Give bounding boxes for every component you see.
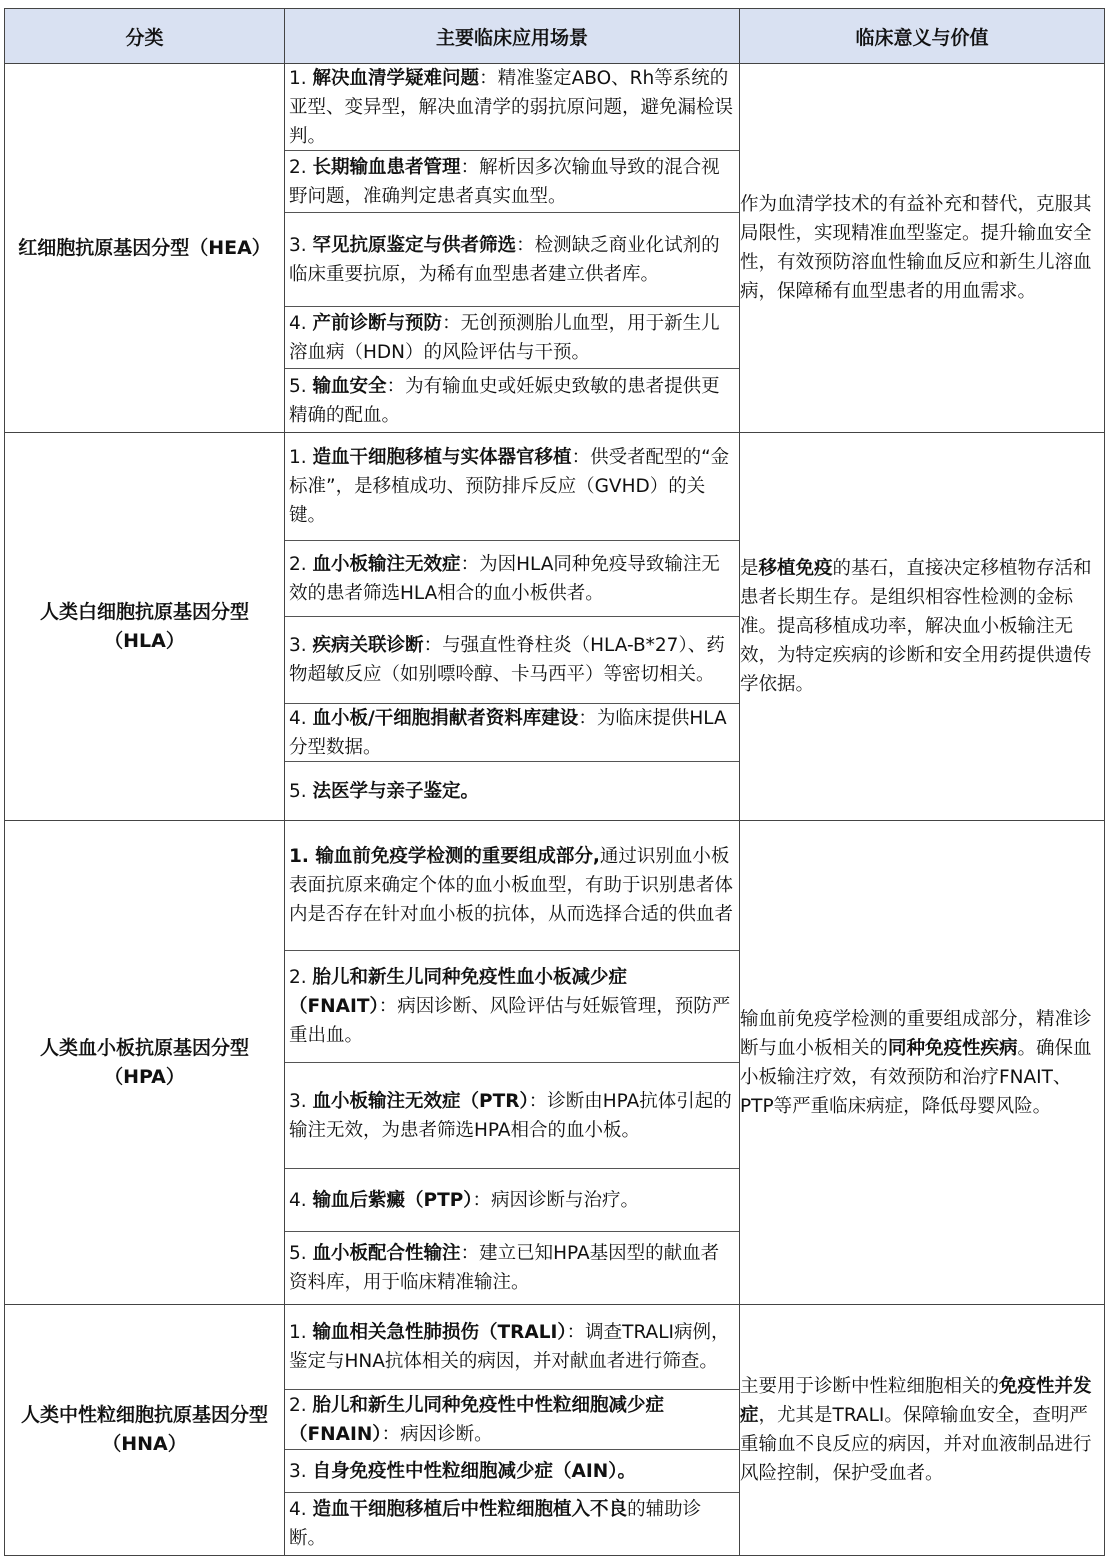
significance-text: ，尤其是TRALI。保障输血安全，查明严重输血不良反应的病因，并对血液制品进行风… — [740, 1405, 1092, 1484]
category-name: 人类中性粒细胞抗原基因分型 — [5, 1401, 284, 1430]
significance-cell: 主要用于诊断中性粒细胞相关的免疫性并发症，尤其是TRALI。保障输血安全，查明严… — [740, 1305, 1105, 1556]
significance-cell: 输血前免疫学检测的重要组成部分，精准诊断与血小板相关的同种免疫性疾病。确保血小板… — [740, 821, 1105, 1305]
applications-cell: 1. 造血干细胞移植与实体器官移植：供受者配型的“金标准”，是移植成功、预防排斥… — [285, 433, 740, 821]
item-title: 疾病关联诊断 — [313, 635, 424, 656]
significance-cell: 作为血清学技术的有益补充和替代，克服其局限性，实现精准血型鉴定。提升输血安全性，… — [740, 64, 1105, 433]
header-category: 分类 — [5, 9, 285, 64]
item-title: 法医学与亲子鉴定。 — [313, 781, 480, 802]
category-cell: 人类中性粒细胞抗原基因分型 （HNA） — [5, 1305, 285, 1556]
item-title: 长期输血患者管理 — [313, 157, 461, 178]
application-item: 4. 血小板/干细胞捐献者资料库建设：为临床提供HLA分型数据。 — [285, 704, 739, 762]
significance-emphasis: 移植免疫 — [759, 558, 833, 579]
application-item: 3. 罕见抗原鉴定与供者筛选：检测缺乏商业化试剂的临床重要抗原，为稀有血型患者建… — [285, 213, 739, 307]
item-number: 5. — [289, 1243, 313, 1264]
table-row: 人类血小板抗原基因分型 （HPA） 1. 输血前免疫学检测的重要组成部分,通过识… — [5, 821, 1105, 1305]
application-item: 1. 解决血清学疑难问题：精准鉴定ABO、Rh等系统的亚型、变异型，解决血清学的… — [285, 64, 739, 151]
item-number: 3. — [289, 635, 313, 656]
genotyping-table: 分类 主要临床应用场景 临床意义与价值 红细胞抗原基因分型（HEA） 1. 解决… — [4, 8, 1105, 1556]
application-item: 3. 血小板输注无效症（PTR）：诊断由HPA抗体引起的输注无效，为患者筛选HP… — [285, 1063, 739, 1169]
header-significance: 临床意义与价值 — [740, 9, 1105, 64]
item-title: 血小板输注无效症（PTR） — [313, 1091, 529, 1112]
header-applications: 主要临床应用场景 — [285, 9, 740, 64]
category-abbr: （HPA） — [5, 1063, 284, 1092]
item-title: 输血前免疫学检测的重要组成部分, — [315, 846, 600, 867]
significance-text: 是 — [740, 558, 759, 579]
item-number: 3. — [289, 235, 313, 256]
application-item: 2. 胎儿和新生儿同种免疫性中性粒细胞减少症（FNAIN）：病因诊断。 — [285, 1390, 739, 1450]
category-abbr: （HLA） — [5, 627, 284, 656]
application-item: 5. 法医学与亲子鉴定。 — [285, 762, 739, 820]
applications-cell: 1. 输血相关急性肺损伤（TRALI）：调查TRALI病例，鉴定与HNA抗体相关… — [285, 1305, 740, 1556]
application-item: 1. 造血干细胞移植与实体器官移植：供受者配型的“金标准”，是移植成功、预防排斥… — [285, 433, 739, 541]
item-number: 1. — [289, 1322, 313, 1343]
item-number: 2. — [289, 157, 313, 178]
item-title: 输血后紫癜（PTP） — [313, 1190, 473, 1211]
application-item: 2. 胎儿和新生儿同种免疫性血小板减少症（FNAIT）：病因诊断、风险评估与妊娠… — [285, 951, 739, 1063]
significance-cell: 是移植免疫的基石，直接决定移植物存活和患者长期生存。是组织相容性检测的金标准。提… — [740, 433, 1105, 821]
item-description: ：病因诊断。 — [382, 1424, 493, 1445]
application-item: 5. 血小板配合性输注：建立已知HPA基因型的献血者资料库，用于临床精准输注。 — [285, 1232, 739, 1304]
item-number: 2. — [289, 1395, 313, 1416]
category-cell: 红细胞抗原基因分型（HEA） — [5, 64, 285, 433]
table-row: 人类白细胞抗原基因分型 （HLA） 1. 造血干细胞移植与实体器官移植：供受者配… — [5, 433, 1105, 821]
table-row: 人类中性粒细胞抗原基因分型 （HNA） 1. 输血相关急性肺损伤（TRALI）：… — [5, 1305, 1105, 1556]
item-number: 1. — [289, 68, 313, 89]
application-item: 1. 输血前免疫学检测的重要组成部分,通过识别血小板表面抗原来确定个体的血小板血… — [285, 821, 739, 951]
item-number: 4. — [289, 1190, 313, 1211]
table-row: 红细胞抗原基因分型（HEA） 1. 解决血清学疑难问题：精准鉴定ABO、Rh等系… — [5, 64, 1105, 433]
category-name: 人类血小板抗原基因分型 — [5, 1034, 284, 1063]
applications-cell: 1. 解决血清学疑难问题：精准鉴定ABO、Rh等系统的亚型、变异型，解决血清学的… — [285, 64, 740, 433]
item-number: 3. — [289, 1091, 313, 1112]
item-title: 血小板输注无效症 — [313, 554, 461, 575]
application-item: 3. 自身免疫性中性粒细胞减少症（AIN）。 — [285, 1450, 739, 1493]
application-item: 1. 输血相关急性肺损伤（TRALI）：调查TRALI病例，鉴定与HNA抗体相关… — [285, 1305, 739, 1390]
item-number: 1. — [289, 447, 313, 468]
application-item: 4. 造血干细胞移植后中性粒细胞植入不良的辅助诊断。 — [285, 1493, 739, 1555]
item-title: 造血干细胞移植与实体器官移植 — [313, 447, 572, 468]
item-title: 血小板配合性输注 — [313, 1243, 461, 1264]
application-item: 2. 长期输血患者管理：解析因多次输血导致的混合视野问题，准确判定患者真实血型。 — [285, 151, 739, 213]
application-item: 5. 输血安全：为有输血史或妊娠史致敏的患者提供更精确的配血。 — [285, 369, 739, 432]
item-title: 血小板/干细胞捐献者资料库建设 — [313, 708, 579, 729]
application-item: 4. 输血后紫癜（PTP）：病因诊断与治疗。 — [285, 1169, 739, 1232]
item-number: 5. — [289, 376, 313, 397]
application-item: 4. 产前诊断与预防：无创预测胎儿血型，用于新生儿溶血病（HDN）的风险评估与干… — [285, 307, 739, 369]
significance-text: 作为血清学技术的有益补充和替代，克服其局限性，实现精准血型鉴定。提升输血安全性，… — [740, 194, 1092, 302]
item-number: 4. — [289, 1499, 313, 1520]
item-number: 4. — [289, 708, 313, 729]
item-number: 1. — [289, 846, 315, 867]
category-cell: 人类血小板抗原基因分型 （HPA） — [5, 821, 285, 1305]
item-number: 5. — [289, 781, 313, 802]
item-title: 自身免疫性中性粒细胞减少症（AIN）。 — [313, 1461, 636, 1482]
application-item: 2. 血小板输注无效症：为因HLA同种免疫导致输注无效的患者筛选HLA相合的血小… — [285, 541, 739, 617]
category-name: 人类白细胞抗原基因分型 — [5, 598, 284, 627]
item-number: 4. — [289, 313, 313, 334]
item-number: 2. — [289, 967, 313, 988]
category-cell: 人类白细胞抗原基因分型 （HLA） — [5, 433, 285, 821]
item-title: 输血安全 — [313, 376, 387, 397]
application-item: 3. 疾病关联诊断：与强直性脊柱炎（HLA-B*27）、药物超敏反应（如别嘌呤醇… — [285, 617, 739, 704]
item-title: 罕见抗原鉴定与供者筛选 — [313, 235, 517, 256]
item-number: 3. — [289, 1461, 313, 1482]
applications-cell: 1. 输血前免疫学检测的重要组成部分,通过识别血小板表面抗原来确定个体的血小板血… — [285, 821, 740, 1305]
significance-text: 主要用于诊断中性粒细胞相关的 — [740, 1376, 999, 1397]
category-abbr: （HNA） — [5, 1430, 284, 1459]
header-row: 分类 主要临床应用场景 临床意义与价值 — [5, 9, 1105, 64]
item-title: 造血干细胞移植后中性粒细胞植入不良 — [313, 1499, 628, 1520]
item-title: 解决血清学疑难问题 — [313, 68, 480, 89]
significance-emphasis: 同种免疫性疾病 — [888, 1038, 1018, 1059]
item-description: ：病因诊断与治疗。 — [473, 1190, 640, 1211]
category-name: 红细胞抗原基因分型（HEA） — [5, 234, 284, 263]
item-title: 输血相关急性肺损伤（TRALI） — [313, 1322, 567, 1343]
item-number: 2. — [289, 554, 313, 575]
item-title: 产前诊断与预防 — [313, 313, 443, 334]
